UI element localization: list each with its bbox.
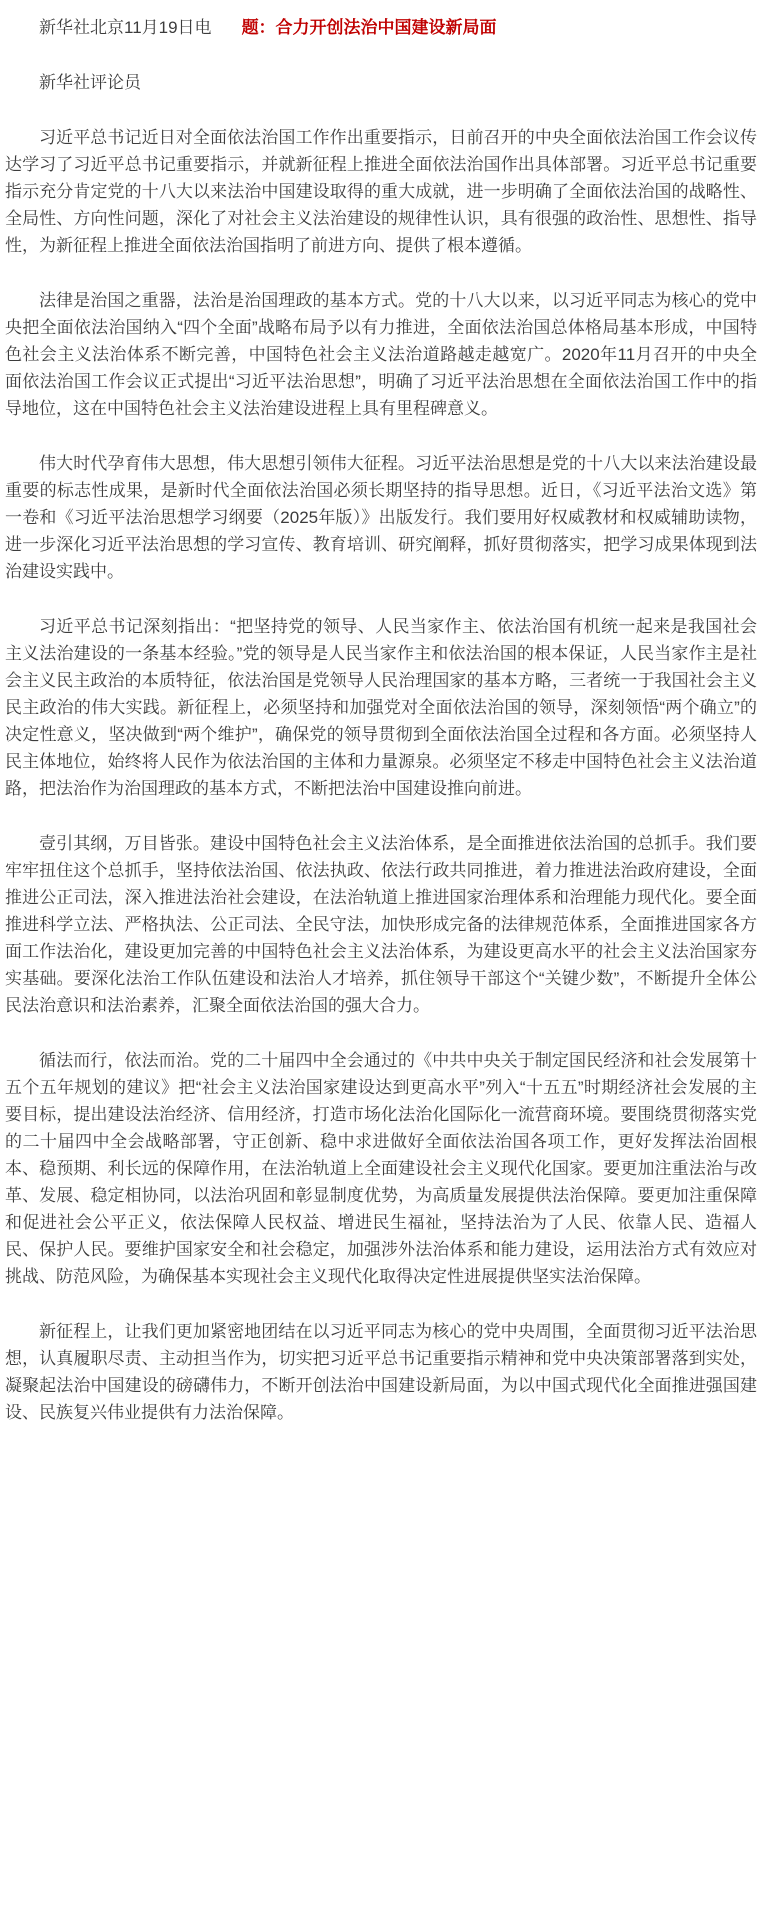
article-paragraph-4: 习近平总书记深刻指出：“把坚持党的领导、人民当家作主、依法治国有机统一起来是我国… (5, 613, 757, 802)
article-paragraph-5: 壹引其纲，万目皆张。建设中国特色社会主义法治体系，是全面推进依法治国的总抓手。我… (5, 830, 757, 1019)
byline: 新华社评论员 (39, 73, 141, 92)
article-title: 题：合力开创法治中国建设新局面 (242, 18, 497, 37)
article-paragraph-3: 伟大时代孕育伟大思想，伟大思想引领伟大征程。习近平法治思想是党的十八大以来法治建… (5, 450, 757, 585)
article-body: 习近平总书记近日对全面依法治国工作作出重要指示，日前召开的中央全面依法治国工作会… (5, 124, 757, 1426)
article-page: 新华社北京11月19日电题：合力开创法治中国建设新局面 新华社评论员 习近平总书… (0, 0, 762, 1911)
article-paragraph-6: 循法而行，依法而治。党的二十届四中全会通过的《中共中央关于制定国民经济和社会发展… (5, 1047, 757, 1290)
byline-row: 新华社评论员 (5, 69, 757, 96)
dateline: 新华社北京11月19日电 (39, 18, 212, 37)
article-paragraph-2: 法律是治国之重器，法治是治国理政的基本方式。党的十八大以来，以习近平同志为核心的… (5, 287, 757, 422)
article-paragraph-1: 习近平总书记近日对全面依法治国工作作出重要指示，日前召开的中央全面依法治国工作会… (5, 124, 757, 259)
article-paragraph-7: 新征程上，让我们更加紧密地团结在以习近平同志为核心的党中央周围，全面贯彻习近平法… (5, 1318, 757, 1426)
dateline-row: 新华社北京11月19日电题：合力开创法治中国建设新局面 (5, 14, 757, 41)
